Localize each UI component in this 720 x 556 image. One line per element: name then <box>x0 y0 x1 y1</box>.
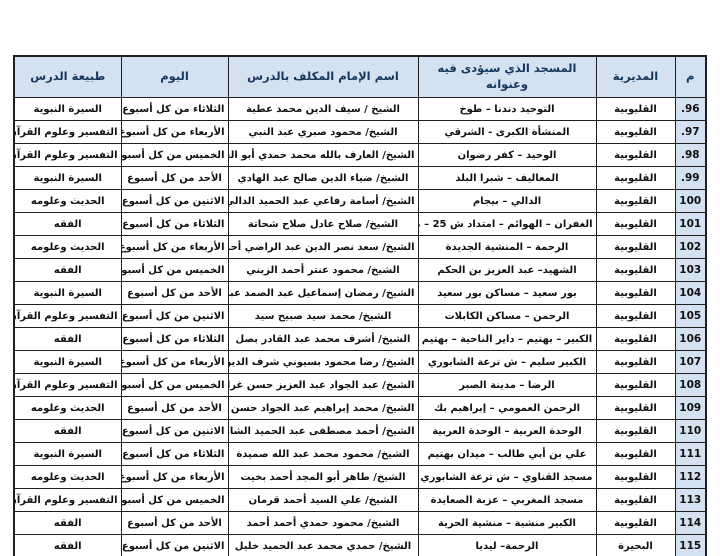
directorate-cell: القليوبية <box>596 466 675 489</box>
directorate-cell: القليوبية <box>596 374 675 397</box>
row-number-cell: 96. <box>675 98 706 121</box>
table-row: 112 القليوبية مسجد القناوي – ش ترعة الشا… <box>14 466 706 489</box>
mosque-cell: الوحدة العربية – الوحدة العربية <box>418 420 596 443</box>
mosque-cell: مسجد القناوي – ش ترعة الشابوري – مدينة ا… <box>418 466 596 489</box>
row-number-cell: 107 <box>675 351 706 374</box>
day-cell: الأربعاء من كل أسبوع <box>121 466 228 489</box>
day-cell: الاثنين من كل أسبوع <box>121 535 228 556</box>
day-cell: الثلاثاء من كل أسبوع <box>121 98 228 121</box>
table-row: 108 القليوبية الرضا – مدينة الصبر الشيخ/… <box>14 374 706 397</box>
header-imam: اسم الإمام المكلف بالدرس <box>228 56 418 98</box>
row-number-cell: 103 <box>675 259 706 282</box>
row-number-cell: 101 <box>675 213 706 236</box>
mosque-cell: الوحيد – كفر رضوان <box>418 144 596 167</box>
day-cell: الأحد من كل أسبوع <box>121 397 228 420</box>
directorate-cell: القليوبية <box>596 121 675 144</box>
mosque-cell: بور سعيد – مساكن بور سعيد <box>418 282 596 305</box>
table-row: 99. القليوبية المعاليف – شبرا البلد الشي… <box>14 167 706 190</box>
imam-cell: الشيخ/ رمضان إسماعيل عبد الصمد عبد الله <box>228 282 418 305</box>
row-number-cell: 108 <box>675 374 706 397</box>
header-lesson-type: طبيعة الدرس <box>14 56 121 98</box>
row-number-cell: 100 <box>675 190 706 213</box>
lesson-type-cell: الحديث وعلومه <box>14 236 121 259</box>
day-cell: الاثنين من كل أسبوع <box>121 420 228 443</box>
mosque-cell: الرحمة – المنشية الجديدة <box>418 236 596 259</box>
directorate-cell: القليوبية <box>596 167 675 190</box>
lesson-type-cell: السيرة النبوية <box>14 167 121 190</box>
day-cell: الخميس من كل أسبوع <box>121 374 228 397</box>
row-number-cell: 111 <box>675 443 706 466</box>
day-cell: الخميس من كل أسبوع <box>121 259 228 282</box>
lesson-type-cell: الفقه <box>14 328 121 351</box>
directorate-cell: القليوبية <box>596 328 675 351</box>
imam-cell: الشيخ/ أحمد مصطفى عبد الحميد الشاذلي <box>228 420 418 443</box>
mosque-cell: المنشأة الكبرى - الشرقي <box>418 121 596 144</box>
mosque-cell: علي بن أبي طالب – ميدان بهتيم <box>418 443 596 466</box>
directorate-cell: القليوبية <box>596 443 675 466</box>
table-header-row: م المديرية المسجد الذي سيؤدى فيه وعنوانه… <box>14 56 706 98</box>
mosque-cell: الكبير – بهتيم – داير الناحية – بهتيم <box>418 328 596 351</box>
table-row: 98. القليوبية الوحيد – كفر رضوان الشيخ/ … <box>14 144 706 167</box>
mosque-cell: الكبير منشية – منشية الحرية <box>418 512 596 535</box>
mosque-cell: الغفران – الهوائم – امتداد ش 25 – مدينة … <box>418 213 596 236</box>
directorate-cell: القليوبية <box>596 213 675 236</box>
day-cell: الأربعاء من كل أسبوع <box>121 351 228 374</box>
lesson-type-cell: التفسير وعلوم القرآن <box>14 305 121 328</box>
table-row: 104 القليوبية بور سعيد – مساكن بور سعيد … <box>14 282 706 305</box>
lesson-type-cell: الفقه <box>14 535 121 556</box>
day-cell: الثلاثاء من كل أسبوع <box>121 443 228 466</box>
header-directorate: المديرية <box>596 56 675 98</box>
row-number-cell: 109 <box>675 397 706 420</box>
row-number-cell: 114 <box>675 512 706 535</box>
document-page: م المديرية المسجد الذي سيؤدى فيه وعنوانه… <box>0 0 720 556</box>
table-row: 115 البحيرة الرحمة– ليديا الشيخ/ حمدي مح… <box>14 535 706 556</box>
imam-cell: الشيخ/ أسامة رفاعي عبد الحميد الدالي <box>228 190 418 213</box>
mosque-cell: الرحمة– ليديا <box>418 535 596 556</box>
lesson-type-cell: السيرة النبوية <box>14 282 121 305</box>
table-row: 110 القليوبية الوحدة العربية – الوحدة ال… <box>14 420 706 443</box>
row-number-cell: 97. <box>675 121 706 144</box>
lessons-schedule-table: م المديرية المسجد الذي سيؤدى فيه وعنوانه… <box>13 55 707 556</box>
mosque-cell: الرحمن – مساكن الكابلات <box>418 305 596 328</box>
lesson-type-cell: الحديث وعلومه <box>14 190 121 213</box>
lesson-type-cell: الحديث وعلومه <box>14 397 121 420</box>
mosque-cell: الرضا – مدينة الصبر <box>418 374 596 397</box>
directorate-cell: القليوبية <box>596 236 675 259</box>
table-row: 102 القليوبية الرحمة – المنشية الجديدة ا… <box>14 236 706 259</box>
mosque-cell: التوحيد دندنا – طوخ <box>418 98 596 121</box>
header-day: اليوم <box>121 56 228 98</box>
directorate-cell: القليوبية <box>596 397 675 420</box>
lesson-type-cell: التفسير وعلوم القرآن <box>14 374 121 397</box>
day-cell: الأربعاء من كل أسبوع <box>121 121 228 144</box>
directorate-cell: القليوبية <box>596 190 675 213</box>
directorate-cell: البحيرة <box>596 535 675 556</box>
day-cell: الأحد من كل أسبوع <box>121 282 228 305</box>
table-row: 114 القليوبية الكبير منشية – منشية الحري… <box>14 512 706 535</box>
day-cell: الثلاثاء من كل أسبوع <box>121 213 228 236</box>
lesson-type-cell: الحديث وعلومه <box>14 466 121 489</box>
imam-cell: الشيخ/ حمدي محمد عبد الحميد خليل <box>228 535 418 556</box>
row-number-cell: 99. <box>675 167 706 190</box>
header-mosque: المسجد الذي سيؤدى فيه وعنوانه <box>418 56 596 98</box>
table-row: 97. القليوبية المنشأة الكبرى - الشرقي ال… <box>14 121 706 144</box>
imam-cell: الشيخ/ محمود حمدي أحمد أحمد <box>228 512 418 535</box>
table-row: 96. القليوبية التوحيد دندنا – طوخ الشيخ … <box>14 98 706 121</box>
lesson-type-cell: التفسير وعلوم القرآن <box>14 489 121 512</box>
row-number-cell: 115 <box>675 535 706 556</box>
imam-cell: الشيخ/ محمد إبراهيم عبد الجواد حسن <box>228 397 418 420</box>
day-cell: الاثنين من كل أسبوع <box>121 305 228 328</box>
directorate-cell: القليوبية <box>596 259 675 282</box>
mosque-cell: المعاليف – شبرا البلد <box>418 167 596 190</box>
imam-cell: الشيخ/ سعد نصر الدين عبد الراضي أحمد <box>228 236 418 259</box>
imam-cell: الشيخ/ طاهر أبو المجد أحمد بخيت <box>228 466 418 489</box>
row-number-cell: 112 <box>675 466 706 489</box>
lesson-type-cell: الفقه <box>14 213 121 236</box>
lesson-type-cell: التفسير وعلوم القرآن <box>14 121 121 144</box>
imam-cell: الشيخ/ أشرف محمد عبد القادر بصل <box>228 328 418 351</box>
directorate-cell: القليوبية <box>596 489 675 512</box>
directorate-cell: القليوبية <box>596 98 675 121</box>
lesson-type-cell: السيرة النبوية <box>14 351 121 374</box>
imam-cell: الشيخ/ رضا محمود بسيوني شرف الدين <box>228 351 418 374</box>
directorate-cell: القليوبية <box>596 144 675 167</box>
directorate-cell: القليوبية <box>596 512 675 535</box>
table-row: 111 القليوبية علي بن أبي طالب – ميدان به… <box>14 443 706 466</box>
lesson-type-cell: الفقه <box>14 259 121 282</box>
table-row: 100 القليوبية الدالي – بيجام الشيخ/ أسام… <box>14 190 706 213</box>
row-number-cell: 102 <box>675 236 706 259</box>
row-number-cell: 105 <box>675 305 706 328</box>
table-row: 105 القليوبية الرحمن – مساكن الكابلات ال… <box>14 305 706 328</box>
imam-cell: الشيخ/ العارف بالله محمد حمدي أبو الفتوح <box>228 144 418 167</box>
row-number-cell: 98. <box>675 144 706 167</box>
directorate-cell: القليوبية <box>596 305 675 328</box>
table-row: 107 القليوبية الكبير سليم – ش ترعة الشاب… <box>14 351 706 374</box>
day-cell: الأحد من كل أسبوع <box>121 167 228 190</box>
directorate-cell: القليوبية <box>596 351 675 374</box>
imam-cell: الشيخ/ محمد سيد صبيح سيد <box>228 305 418 328</box>
table-row: 101 القليوبية الغفران – الهوائم – امتداد… <box>14 213 706 236</box>
lesson-type-cell: السيرة النبوية <box>14 98 121 121</box>
imam-cell: الشيخ / سيف الدين محمد عطية <box>228 98 418 121</box>
day-cell: الأحد من كل أسبوع <box>121 512 228 535</box>
mosque-cell: الشهيد– عبد العزيز بن الحكم <box>418 259 596 282</box>
day-cell: الثلاثاء من كل أسبوع <box>121 328 228 351</box>
mosque-cell: الدالي – بيجام <box>418 190 596 213</box>
row-number-cell: 110 <box>675 420 706 443</box>
table-body: 96. القليوبية التوحيد دندنا – طوخ الشيخ … <box>14 98 706 556</box>
imam-cell: الشيخ/ محمود صبري عبد النبي <box>228 121 418 144</box>
lesson-type-cell: الفقه <box>14 512 121 535</box>
mosque-cell: الرحمن العمومي – إبراهيم بك <box>418 397 596 420</box>
lesson-type-cell: التفسير وعلوم القرآن <box>14 144 121 167</box>
header-number: م <box>675 56 706 98</box>
lesson-type-cell: السيرة النبوية <box>14 443 121 466</box>
row-number-cell: 104 <box>675 282 706 305</box>
imam-cell: الشيخ/ صلاح عادل صلاح شحاتة <box>228 213 418 236</box>
day-cell: الأربعاء من كل أسبوع <box>121 236 228 259</box>
mosque-cell: الكبير سليم – ش ترعة الشابوري <box>418 351 596 374</box>
imam-cell: الشيخ/ محمود عنتر أحمد الزيني <box>228 259 418 282</box>
table-row: 113 القليوبية مسجد المغربي – عزبة الصعاي… <box>14 489 706 512</box>
lesson-type-cell: الفقه <box>14 420 121 443</box>
day-cell: الخميس من كل أسبوع <box>121 489 228 512</box>
directorate-cell: القليوبية <box>596 282 675 305</box>
imam-cell: الشيخ/ علي السيد أحمد قرمان <box>228 489 418 512</box>
table-row: 106 القليوبية الكبير – بهتيم – داير النا… <box>14 328 706 351</box>
row-number-cell: 113 <box>675 489 706 512</box>
imam-cell: الشيخ/ عبد الجواد عبد العزيز حسن غراب <box>228 374 418 397</box>
mosque-cell: مسجد المغربي – عزبة الصعايدة <box>418 489 596 512</box>
table-row: 103 القليوبية الشهيد– عبد العزيز بن الحك… <box>14 259 706 282</box>
directorate-cell: القليوبية <box>596 420 675 443</box>
day-cell: الخميس من كل أسبوع <box>121 144 228 167</box>
day-cell: الاثنين من كل أسبوع <box>121 190 228 213</box>
table-row: 109 القليوبية الرحمن العمومي – إبراهيم ب… <box>14 397 706 420</box>
imam-cell: الشيخ/ محمود محمد عبد الله صميدة <box>228 443 418 466</box>
imam-cell: الشيخ/ ضياء الدين صالح عبد الهادي <box>228 167 418 190</box>
row-number-cell: 106 <box>675 328 706 351</box>
